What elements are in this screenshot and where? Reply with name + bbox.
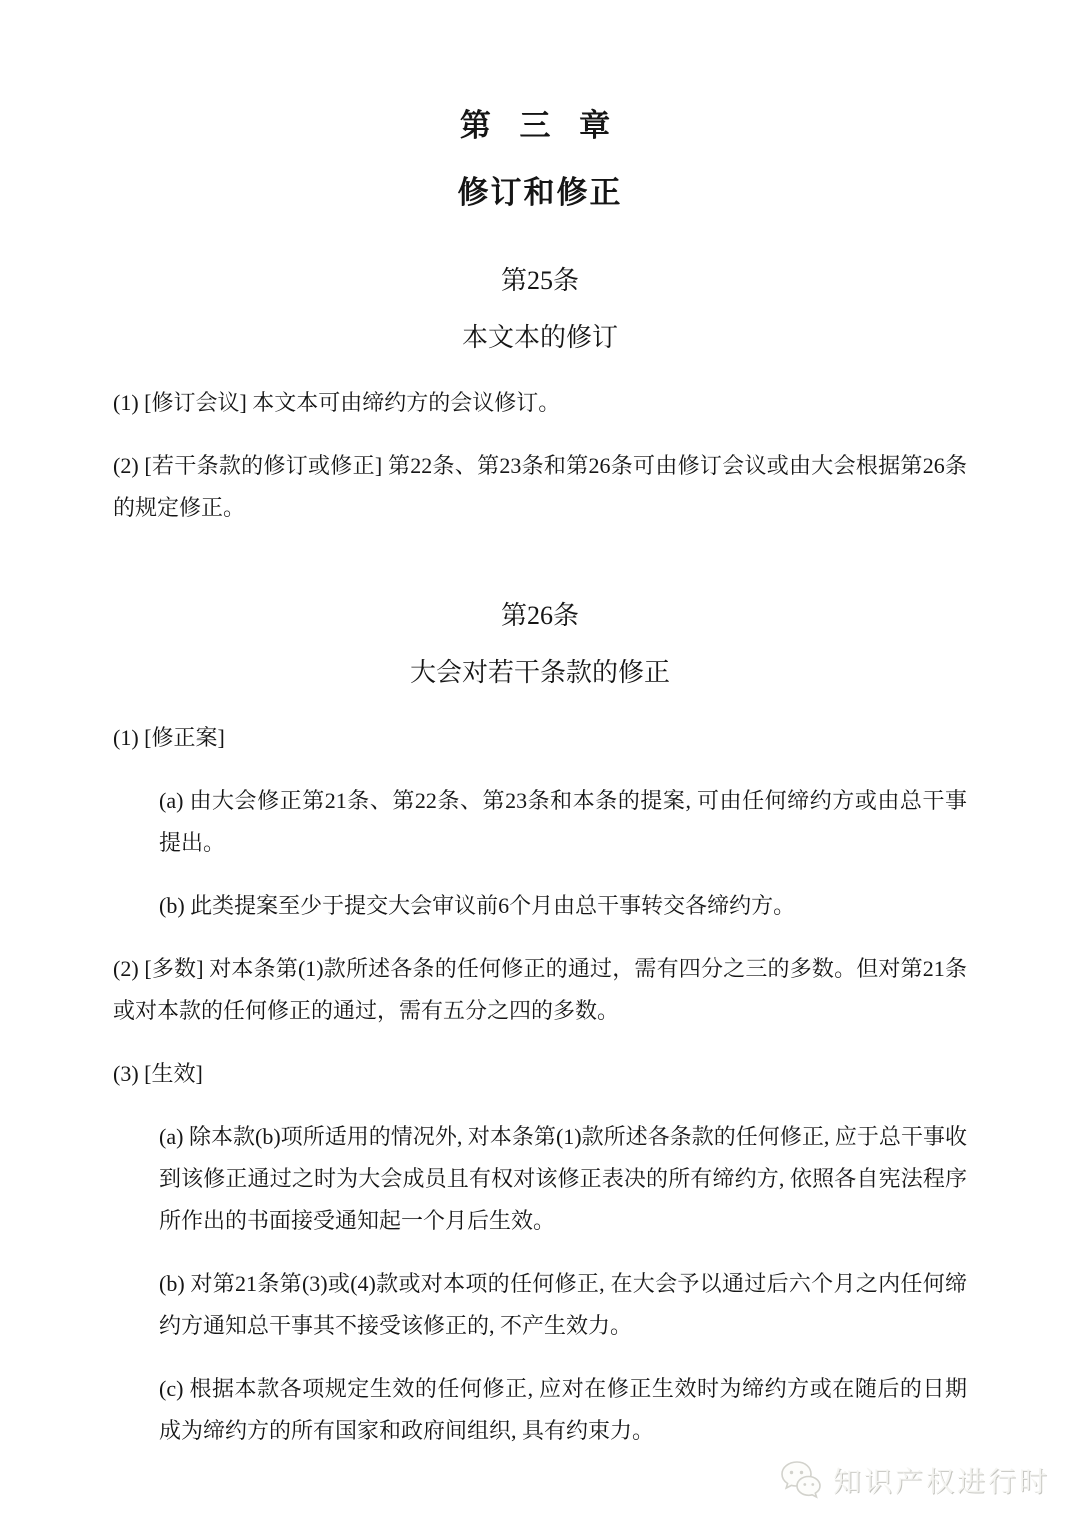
- watermark-text: 知识产权进行时: [833, 1460, 1050, 1500]
- paragraph: (a) 由大会修正第21条、第22条、第23条和本条的提案, 可由任何缔约方或由…: [159, 780, 967, 864]
- paragraph: (a) 除本款(b)项所适用的情况外, 对本条第(1)款所述各条款的任何修正, …: [159, 1116, 967, 1242]
- wechat-icon: [777, 1459, 823, 1501]
- paragraph: (1) [修订会议] 本文本可由缔约方的会议修订。: [113, 382, 967, 424]
- paragraph: (c) 根据本款各项规定生效的任何修正, 应对在修正生效时为缔约方或在随后的日期…: [159, 1368, 967, 1452]
- article-title: 大会对若干条款的修正: [113, 652, 967, 689]
- paragraph: (1) [修正案]: [113, 717, 967, 759]
- article-title: 本文本的修订: [113, 317, 967, 354]
- watermark: 知识产权进行时: [777, 1459, 1050, 1501]
- paragraph: (2) [若干条款的修订或修正] 第22条、第23条和第26条可由修订会议或由大…: [113, 445, 967, 529]
- article-25: 第25条 本文本的修订 (1) [修订会议] 本文本可由缔约方的会议修订。 (2…: [113, 260, 967, 529]
- chapter-label: 第 三 章: [113, 100, 967, 145]
- paragraph: (3) [生效]: [113, 1053, 967, 1095]
- paragraph: (2) [多数] 对本条第(1)款所述各条的任何修正的通过，需有四分之三的多数。…: [113, 948, 967, 1032]
- article-number: 第25条: [113, 260, 967, 297]
- document-page: 第 三 章 修订和修正 第25条 本文本的修订 (1) [修订会议] 本文本可由…: [0, 0, 1080, 1527]
- article-number: 第26条: [113, 595, 967, 632]
- paragraph: (b) 对第21条第(3)或(4)款或对本项的任何修正, 在大会予以通过后六个月…: [159, 1263, 967, 1347]
- chapter-title: 修订和修正: [113, 167, 967, 212]
- article-26: 第26条 大会对若干条款的修正 (1) [修正案] (a) 由大会修正第21条、…: [113, 595, 967, 1452]
- paragraph: (b) 此类提案至少于提交大会审议前6个月由总干事转交各缔约方。: [159, 885, 967, 927]
- document-content: 第 三 章 修订和修正 第25条 本文本的修订 (1) [修订会议] 本文本可由…: [0, 0, 1080, 1452]
